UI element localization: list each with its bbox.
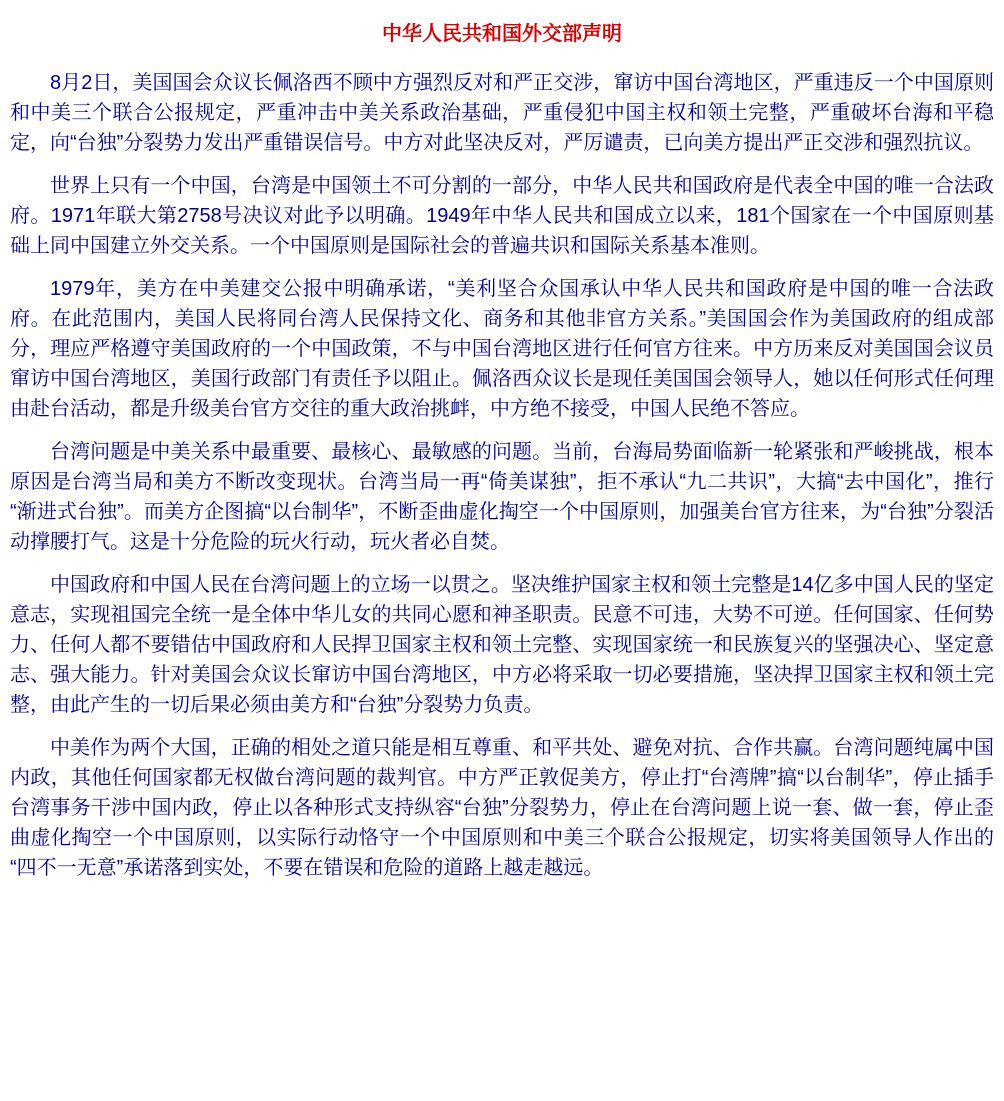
statement-title: 中华人民共和国外交部声明 <box>10 22 994 46</box>
statement-body: 8月2日，美国国会众议长佩洛西不顾中方强烈反对和严正交涉，窜访中国台湾地区，严重… <box>10 68 994 883</box>
statement-paragraph-4: 台湾问题是中美关系中最重要、最核心、最敏感的问题。当前，台海局势面临新一轮紧张和… <box>10 437 994 557</box>
statement-paragraph-2: 世界上只有一个中国，台湾是中国领土不可分割的一部分，中华人民共和国政府是代表全中… <box>10 171 994 261</box>
statement-paragraph-5: 中国政府和中国人民在台湾问题上的立场一以贯之。坚决维护国家主权和领土完整是14亿… <box>10 570 994 720</box>
statement-paragraph-1: 8月2日，美国国会众议长佩洛西不顾中方强烈反对和严正交涉，窜访中国台湾地区，严重… <box>10 68 994 158</box>
statement-document: 中华人民共和国外交部声明 8月2日，美国国会众议长佩洛西不顾中方强烈反对和严正交… <box>0 0 1004 883</box>
statement-paragraph-6: 中美作为两个大国，正确的相处之道只能是相互尊重、和平共处、避免对抗、合作共赢。台… <box>10 733 994 883</box>
statement-paragraph-3: 1979年，美方在中美建交公报中明确承诺，“美利坚合众国承认中华人民共和国政府是… <box>10 274 994 424</box>
